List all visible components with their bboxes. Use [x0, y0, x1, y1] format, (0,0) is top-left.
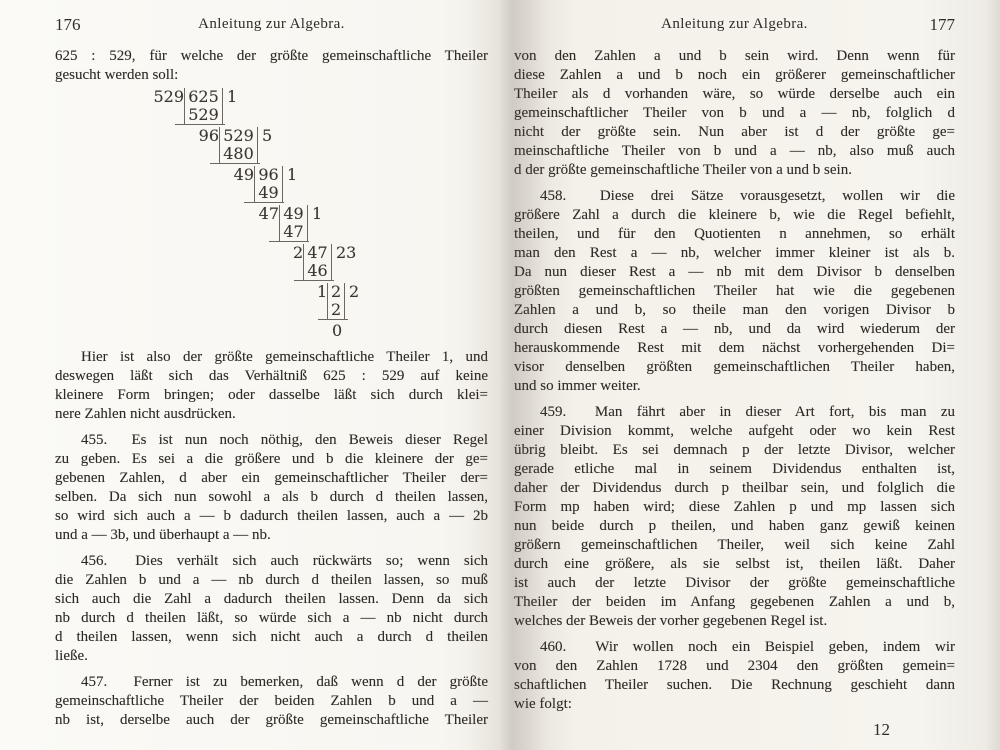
divisor-cell — [293, 262, 303, 280]
text-line: Zahlen a und b, so theile man den vorige… — [514, 301, 955, 320]
scheme-rule — [318, 319, 348, 320]
text-line: und a — 3b, und überhaupt a — nb. — [55, 526, 488, 545]
division-scheme: 5296251529965295480499614947491472472346… — [153, 88, 488, 340]
dividend-cell: 529 — [219, 127, 258, 145]
text-line: 625 : 529, für welche der größte gemeins… — [55, 47, 488, 66]
text-line: 459. Man fährt aber in dieser Art fort, … — [514, 403, 955, 422]
paragraph: 460. Wir wollen noch ein Beispiel geben,… — [514, 638, 955, 714]
dividend-cell: 49 — [279, 205, 308, 223]
divisor-cell: 529 — [153, 88, 184, 106]
dividend-cell: 47 — [303, 244, 332, 262]
dividend-cell: 529 — [184, 106, 223, 124]
text-line: man den Rest a — nb, welcher immer klein… — [514, 244, 955, 263]
text-line: Hier ist also der größte gemeinschaftlic… — [55, 348, 488, 367]
quotient-cell: 1 — [308, 205, 322, 223]
divisor-cell — [233, 184, 254, 202]
text-line: schaftlichen Theiler suchen. Die Rechnun… — [514, 676, 955, 695]
page-right: Anleitung zur Algebra. 177 von den Zahle… — [500, 0, 1000, 750]
text-line: d der größte gemeinschaftliche Theiler v… — [514, 161, 955, 180]
text-line: gebenen Zahlen, d aber ein gemeinschaftl… — [55, 469, 488, 488]
divisor-cell — [258, 223, 279, 241]
scheme-row: 122 — [317, 283, 488, 301]
scheme-row: 49961 — [233, 166, 488, 184]
page-header-right: Anleitung zur Algebra. 177 — [514, 16, 955, 36]
quotient-cell — [223, 106, 227, 124]
quotient-cell — [283, 184, 287, 202]
scheme-row: 49 — [233, 184, 488, 202]
quotient-cell — [332, 262, 336, 280]
text-line: gemeinschaftliche Theiler der beiden Zah… — [55, 692, 488, 711]
text-line: selben. Da sich nun sowohl a als b durch… — [55, 488, 488, 507]
text-line: größere Zahl a durch die kleinere b, wie… — [514, 206, 955, 225]
divisor-cell — [198, 145, 219, 163]
book-spread: 176 Anleitung zur Algebra. 625 : 529, fü… — [0, 0, 1000, 750]
quotient-cell: 1 — [283, 166, 297, 184]
page-left: 176 Anleitung zur Algebra. 625 : 529, fü… — [0, 0, 500, 750]
scheme-row: 529 — [153, 106, 488, 124]
text-line: größten gemeinschaftlichen Theiler hat w… — [514, 282, 955, 301]
text-line: herauskommende Rest mit dem nächst vorhe… — [514, 339, 955, 358]
text-line: 457. Ferner ist zu bemerken, daß wenn d … — [55, 673, 488, 692]
scheme-row: 47 — [258, 223, 488, 241]
dividend-cell: 2 — [327, 301, 345, 319]
text-line: Da nun dieser Rest a — nb mit dem Diviso… — [514, 263, 955, 282]
scheme-row: 480 — [198, 145, 488, 163]
text-line: Theiler als d vorhanden wäre, so würde d… — [514, 85, 955, 104]
running-title-left: Anleitung zur Algebra. — [55, 16, 488, 33]
text-line: gerade etliche mal in seinem Dividendus … — [514, 460, 955, 479]
divisor-cell: 49 — [233, 166, 254, 184]
text-line: übrig bleibt. Es sei demnach p der letzt… — [514, 441, 955, 460]
dividend-cell: 480 — [219, 145, 258, 163]
text-line: die Zahlen b und a — nb durch d theilen … — [55, 571, 488, 590]
text-line: deswegen läßt sich das Verhältniß 625 : … — [55, 367, 488, 386]
scheme-rule — [244, 202, 284, 203]
text-line: nicht der größte sein. Nun aber ist d de… — [514, 123, 955, 142]
scheme-rule — [175, 124, 225, 125]
scheme-row: 47491 — [258, 205, 488, 223]
dividend-cell: 625 — [184, 88, 223, 106]
scheme-row: 46 — [293, 262, 488, 280]
text-line: gemeinschaftlicher Theiler von b und a —… — [514, 104, 955, 123]
text-line: von den Zahlen 1728 und 2304 den größten… — [514, 657, 955, 676]
text-line: 455. Es ist nun noch nöthig, den Beweis … — [55, 431, 488, 450]
page-body-right: von den Zahlen a und b sein wird. Denn w… — [514, 47, 955, 714]
paragraph: 459. Man fährt aber in dieser Art fort, … — [514, 403, 955, 631]
divisor-cell: 47 — [258, 205, 279, 223]
text-line: Form mp haben wird; diese Zahlen p und m… — [514, 498, 955, 517]
text-line: und so immer weiter. — [514, 377, 955, 396]
text-line: kleinere Form bringen; oder dasselbe läß… — [55, 386, 488, 405]
scheme-rule — [269, 241, 309, 242]
text-line: nb ist, derselbe auch der größte gemeins… — [55, 711, 488, 730]
scheme-rule — [210, 163, 260, 164]
scheme-remainder: 0 — [332, 322, 488, 340]
text-line: daher der Dividendus durch p theilbar se… — [514, 479, 955, 498]
text-line: nb durch d theilen läßt, so würde sich a… — [55, 609, 488, 628]
paragraph: Hier ist also der größte gemeinschaftlic… — [55, 348, 488, 424]
text-line: von den Zahlen a und b sein wird. Denn w… — [514, 47, 955, 66]
page-body-left: 625 : 529, für welche der größte gemeins… — [55, 47, 488, 730]
paragraph: 455. Es ist nun noch nöthig, den Beweis … — [55, 431, 488, 545]
divisor-cell — [317, 301, 327, 319]
text-line: 456. Dies verhält sich auch rückwärts so… — [55, 552, 488, 571]
divisor-cell: 2 — [293, 244, 303, 262]
text-line: ließe. — [55, 647, 488, 666]
text-line: größern gemeinschaftlichen Theiler, weil… — [514, 536, 955, 555]
paragraph: von den Zahlen a und b sein wird. Denn w… — [514, 47, 955, 180]
text-line: welches der Beweis der vorher gegebenen … — [514, 612, 955, 631]
running-title-right: Anleitung zur Algebra. — [514, 16, 955, 33]
page-number-left: 176 — [55, 15, 81, 35]
text-line: einer Division kommt, welche aufgeht ode… — [514, 422, 955, 441]
text-line: sich auch die Zahl a dadurch theilen las… — [55, 590, 488, 609]
text-line: nere Zahlen nicht ausdrücken. — [55, 405, 488, 424]
quotient-cell — [258, 145, 262, 163]
scheme-row: 24723 — [293, 244, 488, 262]
dividend-cell: 47 — [279, 223, 308, 241]
quotient-cell: 5 — [258, 127, 272, 145]
text-line: wie folgt: — [514, 695, 955, 714]
dividend-cell: 96 — [254, 166, 283, 184]
quotient-cell: 1 — [223, 88, 237, 106]
text-line: visor denselben größten gemeinschaftlich… — [514, 358, 955, 377]
paragraph: 625 : 529, für welche der größte gemeins… — [55, 47, 488, 85]
page-header-left: 176 Anleitung zur Algebra. — [55, 16, 488, 36]
scheme-row: 5296251 — [153, 88, 488, 106]
text-line: Theiler der beiden im Anfang gegebenen Z… — [514, 593, 955, 612]
dividend-cell: 46 — [303, 262, 332, 280]
paragraph: 458. Diese drei Sätze vorausgesetzt, wol… — [514, 187, 955, 396]
signature-mark: 12 — [873, 720, 890, 740]
quotient-cell — [308, 223, 312, 241]
dividend-cell: 49 — [254, 184, 283, 202]
text-line: gesucht werden soll: — [55, 66, 488, 85]
scheme-row: 2 — [317, 301, 488, 319]
text-line: d theilen lassen, wenn sich nicht auch a… — [55, 628, 488, 647]
text-line: durch diesen Rest a — nb, und da wird wi… — [514, 320, 955, 339]
text-line: nun beide durch p theilen, und haben gan… — [514, 517, 955, 536]
divisor-cell: 96 — [198, 127, 219, 145]
text-line: zu geben. Es sei a die größere und b die… — [55, 450, 488, 469]
scheme-row: 965295 — [198, 127, 488, 145]
quotient-cell: 23 — [332, 244, 356, 262]
divisor-cell: 1 — [317, 283, 327, 301]
text-line: durch eine größere, als sie selbst ist, … — [514, 555, 955, 574]
text-line: 460. Wir wollen noch ein Beispiel geben,… — [514, 638, 955, 657]
text-line: so wird sich auch a — b dadurch theilen … — [55, 507, 488, 526]
dividend-cell: 2 — [327, 283, 345, 301]
text-line: meinschaftliche Theiler von b und a — nb… — [514, 142, 955, 161]
text-line: theilen, und für den Quotienten n annehm… — [514, 225, 955, 244]
divisor-cell — [153, 106, 184, 124]
scheme-rule — [294, 280, 334, 281]
paragraph: 457. Ferner ist zu bemerken, daß wenn d … — [55, 673, 488, 730]
page-number-right: 177 — [930, 15, 956, 35]
quotient-cell — [345, 301, 349, 319]
quotient-cell: 2 — [345, 283, 359, 301]
text-line: ist auch der letzte Divisor der größte g… — [514, 574, 955, 593]
text-line: diese Zahlen a und b noch ein größerer g… — [514, 66, 955, 85]
paragraph: 456. Dies verhält sich auch rückwärts so… — [55, 552, 488, 666]
text-line: 458. Diese drei Sätze vorausgesetzt, wol… — [514, 187, 955, 206]
